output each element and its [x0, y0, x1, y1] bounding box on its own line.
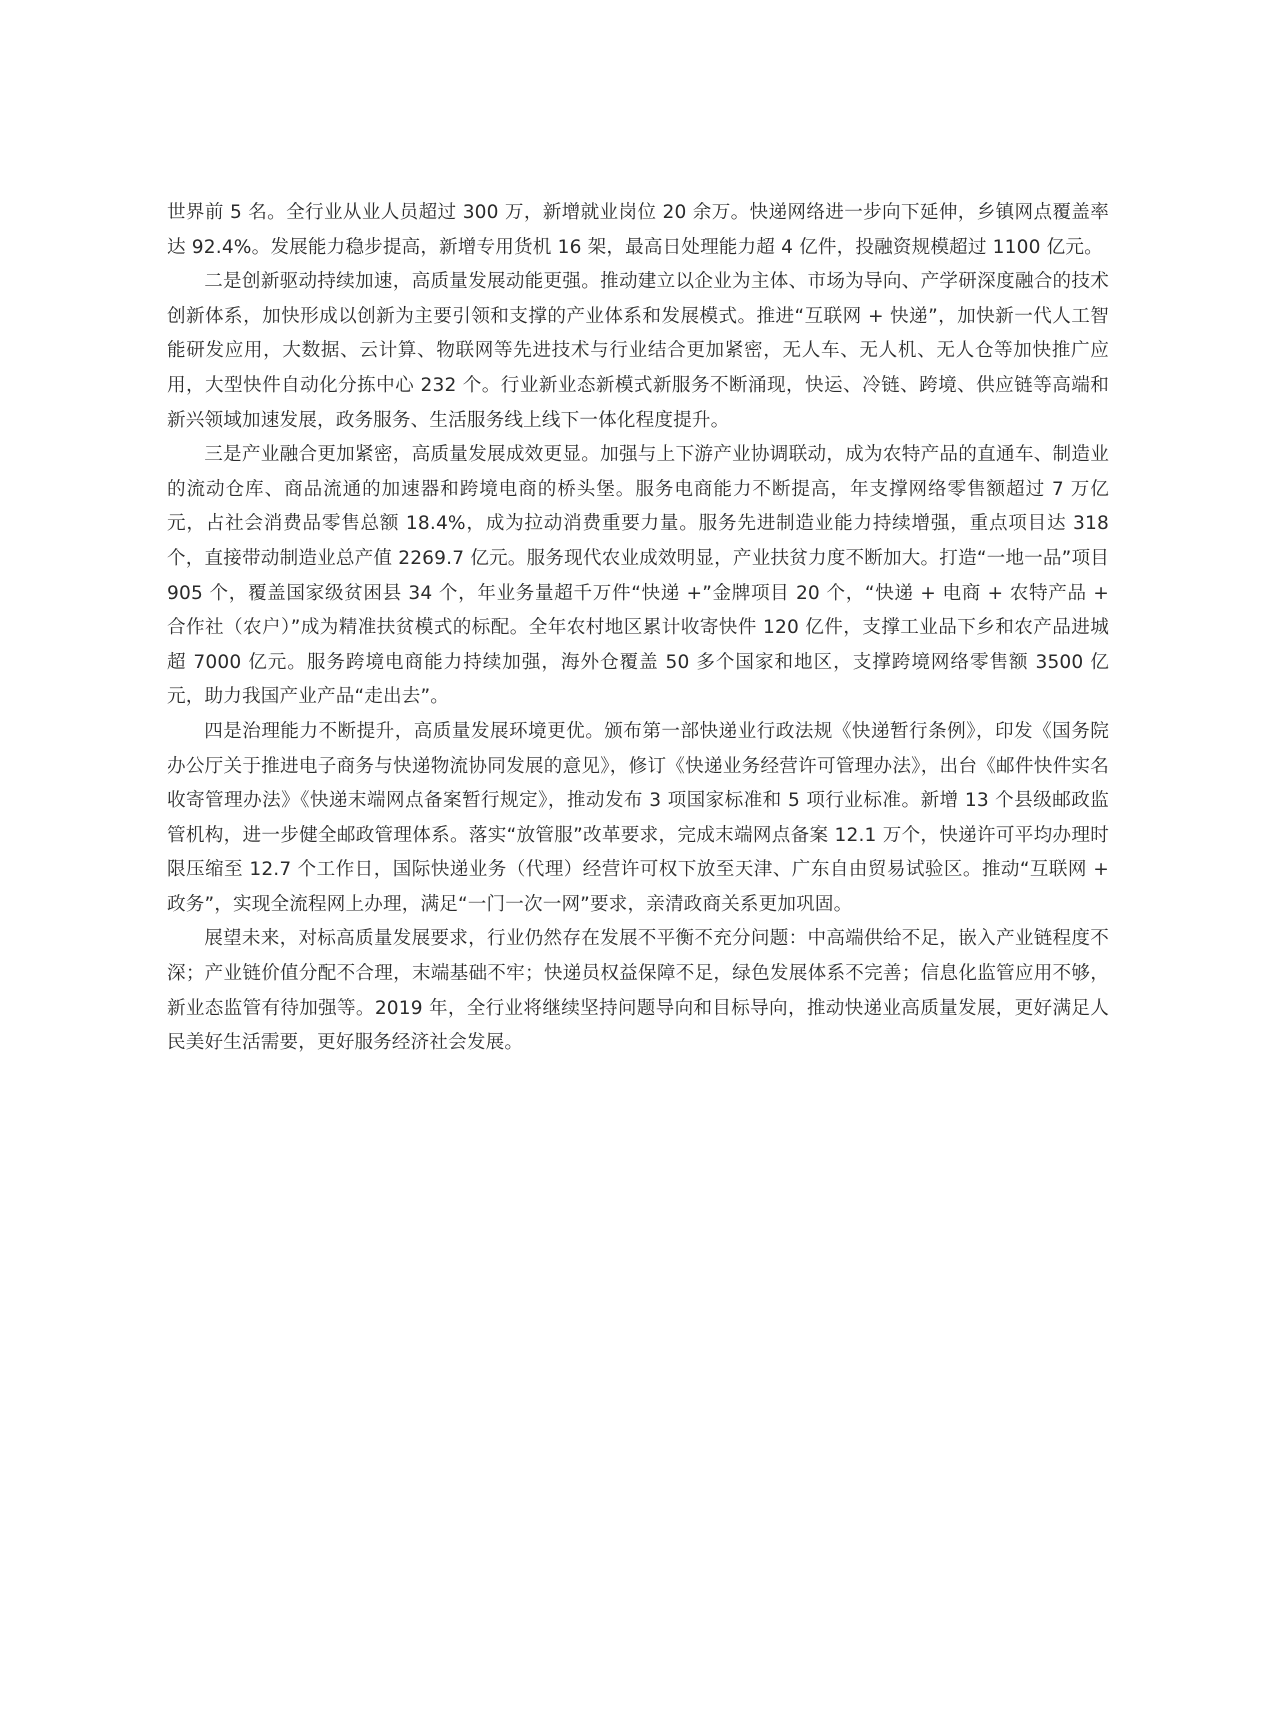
- paragraph-industry-integration: 三是产业融合更加紧密，高质量发展成效更显。加强与上下游产业协调联动，成为农特产品…: [167, 438, 1109, 715]
- paragraph-governance: 四是治理能力不断提升，高质量发展环境更优。颁布第一部快递业行政法规《快递暂行条例…: [167, 715, 1109, 923]
- paragraph-outlook: 展望未来，对标高质量发展要求，行业仍然存在发展不平衡不充分问题：中高端供给不足，…: [167, 922, 1109, 1060]
- document-body: 世界前 5 名。全行业从业人员超过 300 万，新增就业岗位 20 余万。快递网…: [167, 196, 1109, 1061]
- paragraph-continuation: 世界前 5 名。全行业从业人员超过 300 万，新增就业岗位 20 余万。快递网…: [167, 196, 1109, 265]
- paragraph-innovation: 二是创新驱动持续加速，高质量发展动能更强。推动建立以企业为主体、市场为导向、产学…: [167, 265, 1109, 438]
